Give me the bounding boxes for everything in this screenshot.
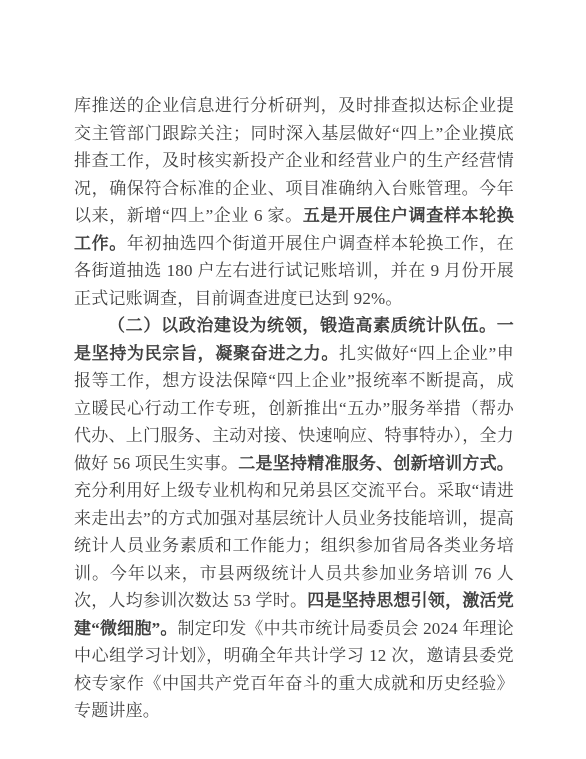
document-body: 库推送的企业信息进行分析研判，及时排查拟达标企业提交主管部门跟踪关注；同时深入基…	[74, 92, 514, 725]
text-run: 年初抽选四个街道开展住户调查样本轮换工作，在各街道抽选 180 户左右进行试记账…	[74, 234, 514, 308]
page: 库推送的企业信息进行分析研判，及时排查拟达标企业提交主管部门跟踪关注；同时深入基…	[0, 0, 586, 759]
paragraph: （二）以政治建设为统领，锻造高素质统计队伍。一是坚持为民宗旨，凝聚奋进之力。扎实…	[74, 312, 514, 725]
text-run: 二是坚持精准服务、创新培训方式。	[238, 454, 514, 473]
paragraph: 库推送的企业信息进行分析研判，及时排查拟达标企业提交主管部门跟踪关注；同时深入基…	[74, 92, 514, 312]
text-run: （二）以政治建设为统领，锻造高素质统计队伍。	[108, 316, 497, 335]
